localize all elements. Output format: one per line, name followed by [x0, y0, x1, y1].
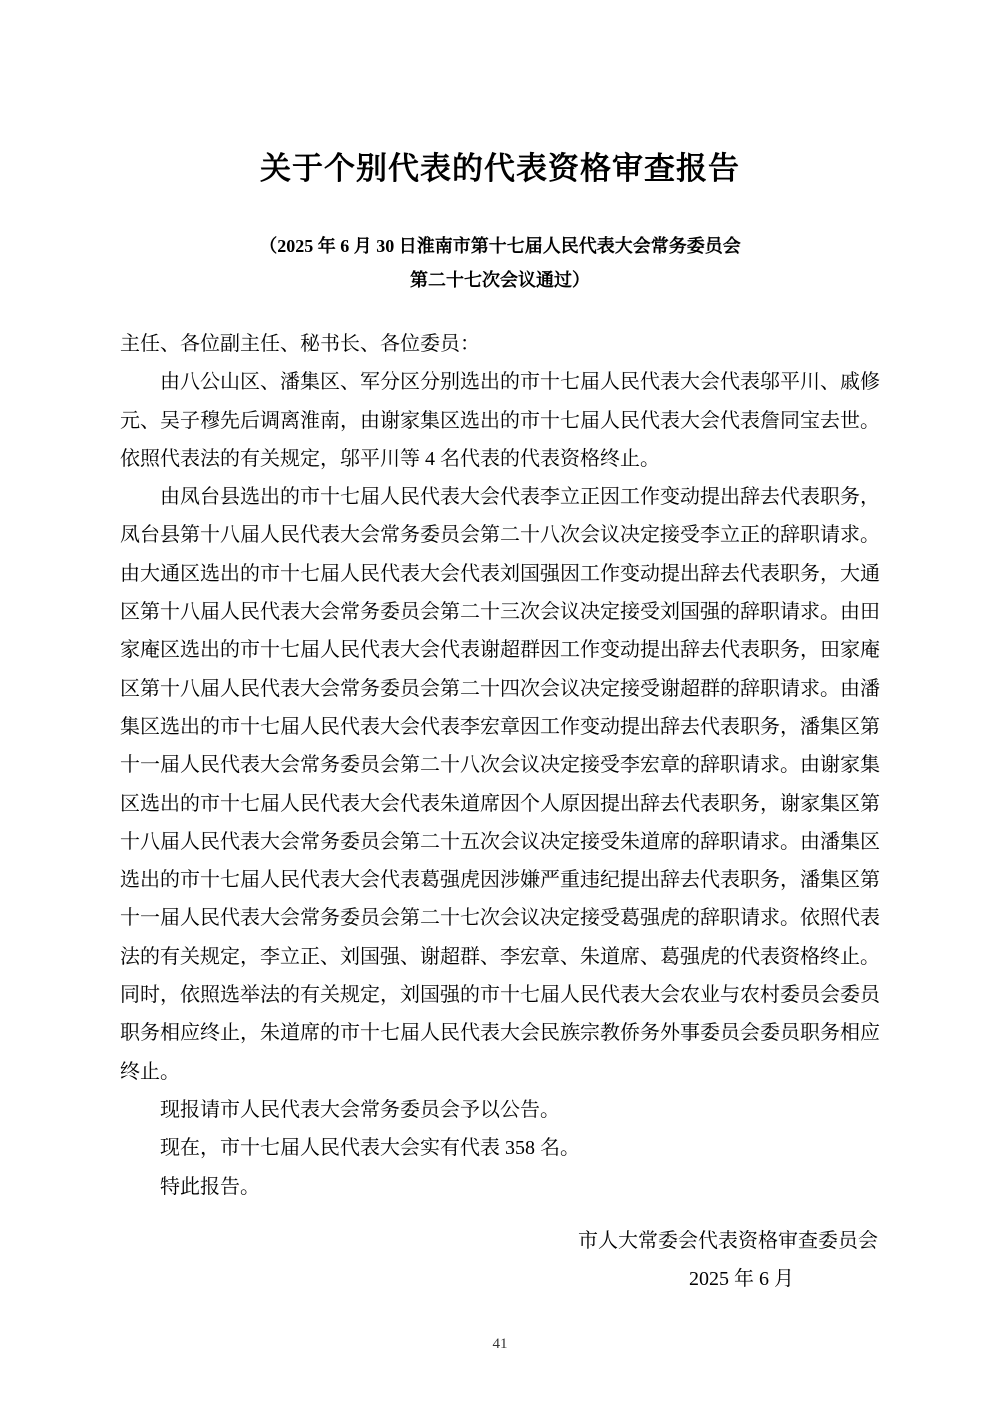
closing-line-2: 现在，市十七届人民代表大会实有代表 358 名。: [120, 1129, 880, 1167]
document-body: 主任、各位副主任、秘书长、各位委员： 由八公山区、潘集区、军分区分别选出的市十七…: [120, 325, 880, 1206]
page-number: 41: [0, 1336, 1000, 1353]
salutation: 主任、各位副主任、秘书长、各位委员：: [120, 325, 880, 363]
closing-line-1: 现报请市人民代表大会常务委员会予以公告。: [120, 1091, 880, 1129]
document-title: 关于个别代表的代表资格审查报告: [120, 0, 880, 190]
subtitle-line-2: 第二十七次会议通过）: [120, 264, 880, 298]
body-paragraph-1: 由八公山区、潘集区、军分区分别选出的市十七届人民代表大会代表邬平川、戚修元、吴子…: [120, 363, 880, 478]
document-content: 关于个别代表的代表资格审查报告 （2025 年 6 月 30 日淮南市第十七届人…: [0, 0, 1000, 1298]
subtitle-line-1: （2025 年 6 月 30 日淮南市第十七届人民代表大会常务委员会: [120, 230, 880, 264]
body-paragraph-2: 由凤台县选出的市十七届人民代表大会代表李立正因工作变动提出辞去代表职务，凤台县第…: [120, 478, 880, 1091]
document-page: 关于个别代表的代表资格审查报告 （2025 年 6 月 30 日淮南市第十七届人…: [0, 0, 1000, 1415]
closing-line-3: 特此报告。: [120, 1168, 880, 1206]
document-subtitle: （2025 年 6 月 30 日淮南市第十七届人民代表大会常务委员会 第二十七次…: [120, 230, 880, 297]
document-date: 2025 年 6 月: [120, 1260, 880, 1298]
signature: 市人大常委会代表资格审查委员会: [120, 1222, 880, 1260]
